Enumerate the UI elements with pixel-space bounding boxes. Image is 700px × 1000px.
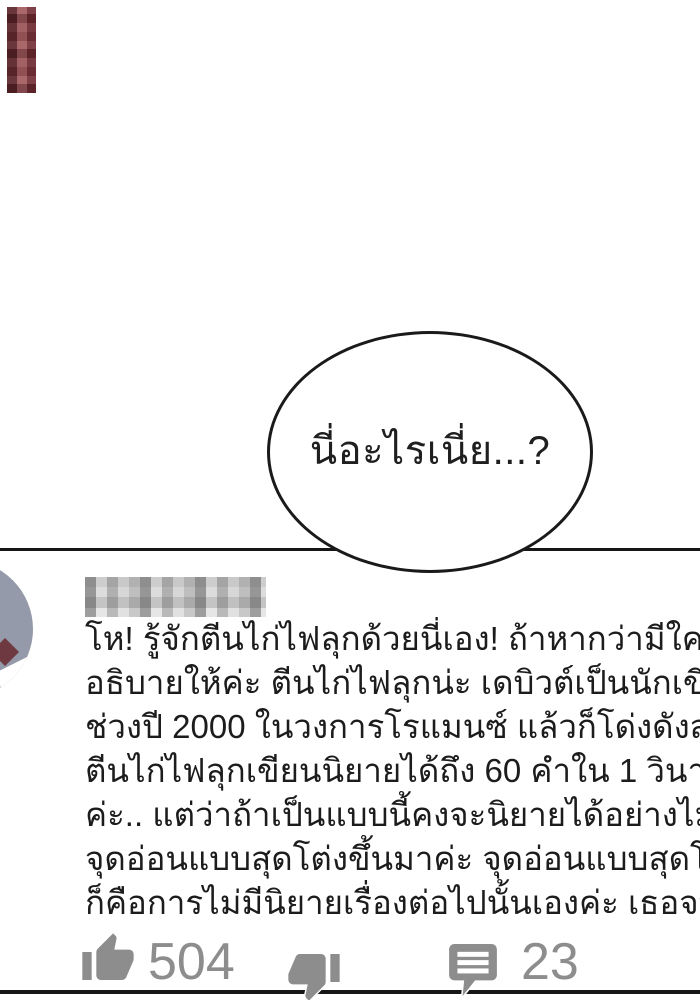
like-button[interactable] [80,931,136,989]
replies-button[interactable] [448,943,498,997]
comment-line: อธิบายให้ค่ะ ตีนไก่ไฟลุกน่ะ เดบิวต์เป็นน… [85,661,700,705]
comment-line: โห! รู้จักตีนไก่ไฟลุกด้วยนี่เอง! ถ้าหากว… [85,617,700,661]
like-count: 504 [148,934,235,990]
comment-bottom-rule [0,990,700,994]
dislike-button[interactable] [286,947,342,1000]
speech-bubble: นี่อะไรเนี่ย...? [267,331,593,573]
commenter-username-censored[interactable] [85,577,266,617]
thumbs-up-icon [80,931,136,987]
thumbs-down-icon [286,947,342,1000]
webtoon-viewer: นี่อะไรเนี่ย...? โห! รู้จักตีนไก่ไฟลุกด้… [0,0,700,1000]
comment-line: ตีนไก่ไฟลุกเขียนนิยายได้ถึง 60 คำใน 1 วิ… [85,749,700,793]
comment-line: ช่วงปี 2000 ในวงการโรแมนซ์ แล้วก็โด่งดัง… [85,705,700,749]
censored-artwork-patch [7,7,36,93]
comment-line: ก็คือการไม่มีนิยายเรื่องต่อไปนั้นเองค่ะ … [85,881,700,925]
speech-bubble-text: นี่อะไรเนี่ย...? [310,418,551,486]
commenter-avatar[interactable] [0,560,33,698]
comment-line: ค่ะ.. แต่ว่าถ้าเป็นแบบนี้คงจะนิยายได้อย่… [85,793,700,837]
comment-bubble-icon [448,943,498,997]
reply-count: 23 [521,934,579,990]
avatar-artwork [0,560,33,698]
comment-line: จุดอ่อนแบบสุดโต่งขึ้นมาค่ะ จุดอ่อนแบบสุด… [85,837,700,881]
comment-text: โห! รู้จักตีนไก่ไฟลุกด้วยนี่เอง! ถ้าหากว… [85,617,700,943]
